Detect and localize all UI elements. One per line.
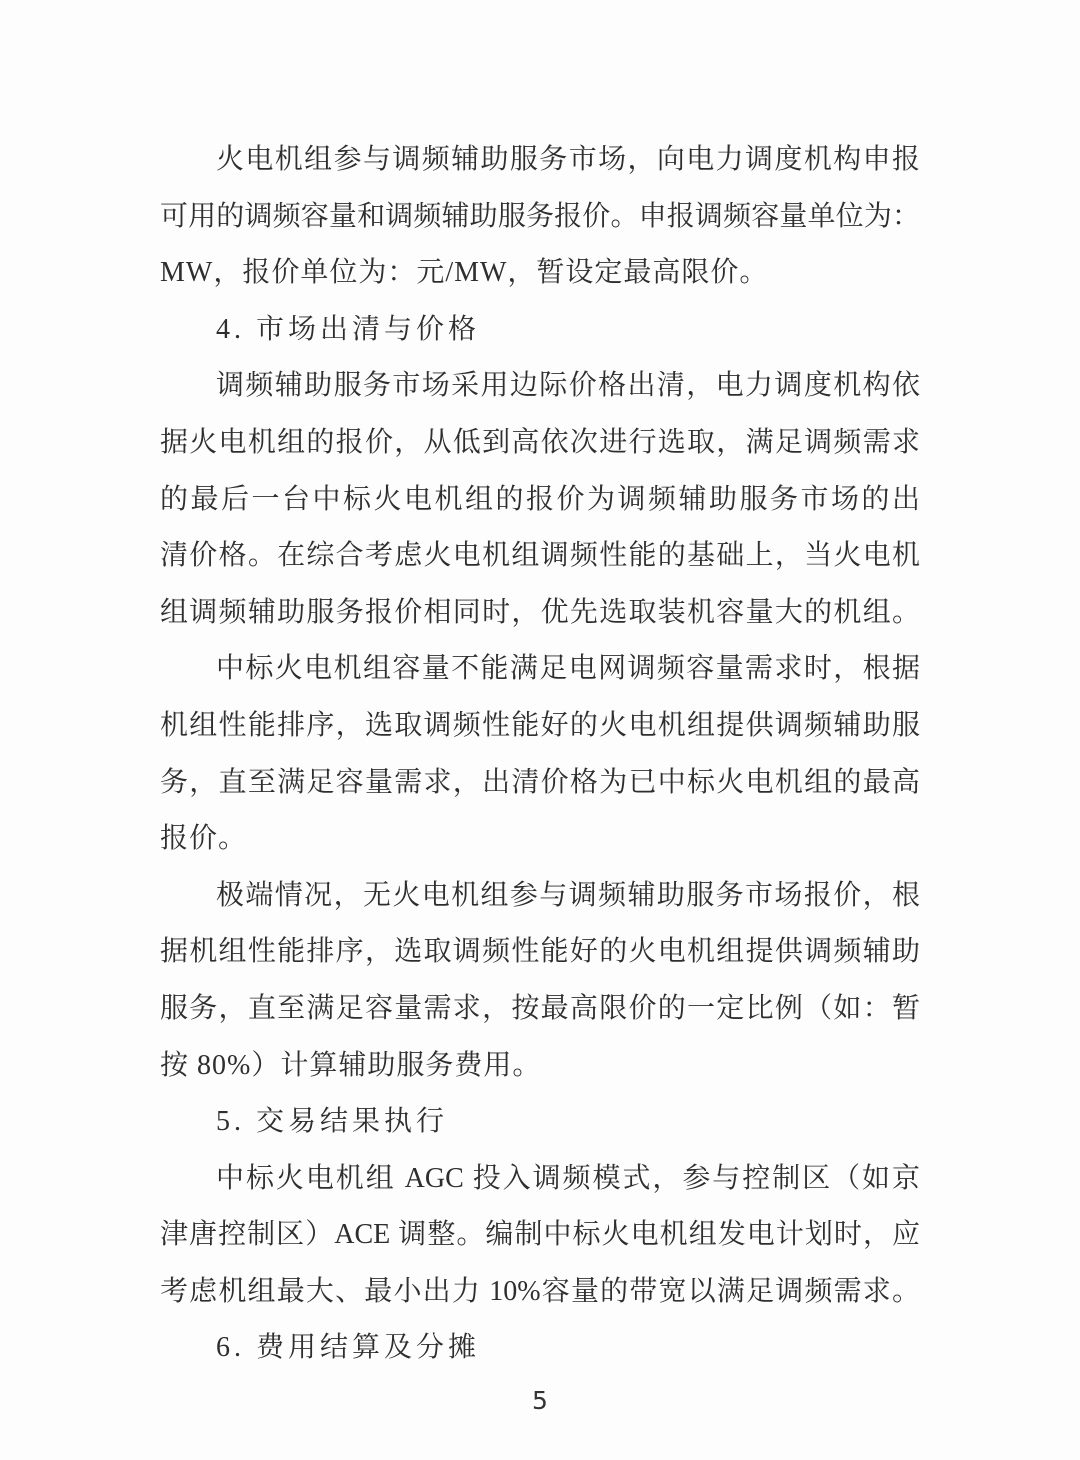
text-line: 清价格。在综合考虑火电机组调频性能的基础上，当火电机 — [160, 528, 920, 585]
text-line: MW，报价单位为：元/MW，暂设定最高限价。 — [160, 245, 920, 302]
text-line: 调频辅助服务市场采用边际价格出清，电力调度机构依 — [160, 358, 920, 415]
text-line: 的最后一台中标火电机组的报价为调频辅助服务市场的出 — [160, 472, 920, 529]
text-line: 按 80%）计算辅助服务费用。 — [160, 1038, 920, 1095]
text-line: 据机组性能排序，选取调频性能好的火电机组提供调频辅助 — [160, 924, 920, 981]
text-line: 火电机组参与调频辅助服务市场，向电力调度机构申报 — [160, 132, 920, 189]
text-line: 组调频辅助服务报价相同时，优先选取装机容量大的机组。 — [160, 585, 920, 642]
text-line: 中标火电机组 AGC 投入调频模式，参与控制区（如京 — [160, 1151, 920, 1208]
section-heading-4: 4. 市场出清与价格 — [160, 302, 920, 359]
text-line: 据火电机组的报价，从低到高依次进行选取，满足调频需求 — [160, 415, 920, 472]
text-line: 中标火电机组容量不能满足电网调频容量需求时，根据 — [160, 641, 920, 698]
section-heading-5: 5. 交易结果执行 — [160, 1094, 920, 1151]
text-block: 火电机组参与调频辅助服务市场，向电力调度机构申报 可用的调频容量和调频辅助服务报… — [160, 132, 920, 1377]
text-line: 机组性能排序，选取调频性能好的火电机组提供调频辅助服 — [160, 698, 920, 755]
text-line: 极端情况，无火电机组参与调频辅助服务市场报价，根 — [160, 868, 920, 925]
text-line: 报价。 — [160, 811, 920, 868]
page-number: 5 — [0, 1386, 1080, 1415]
text-line: 考虑机组最大、最小出力 10%容量的带宽以满足调频需求。 — [160, 1264, 920, 1321]
section-heading-6: 6. 费用结算及分摊 — [160, 1320, 920, 1377]
text-line: 服务，直至满足容量需求，按最高限价的一定比例（如：暂 — [160, 981, 920, 1038]
text-line: 可用的调频容量和调频辅助服务报价。申报调频容量单位为： — [160, 189, 920, 246]
document-page: 火电机组参与调频辅助服务市场，向电力调度机构申报 可用的调频容量和调频辅助服务报… — [0, 0, 1080, 1460]
text-line: 务，直至满足容量需求，出清价格为已中标火电机组的最高 — [160, 755, 920, 812]
text-line: 津唐控制区）ACE 调整。编制中标火电机组发电计划时，应 — [160, 1207, 920, 1264]
